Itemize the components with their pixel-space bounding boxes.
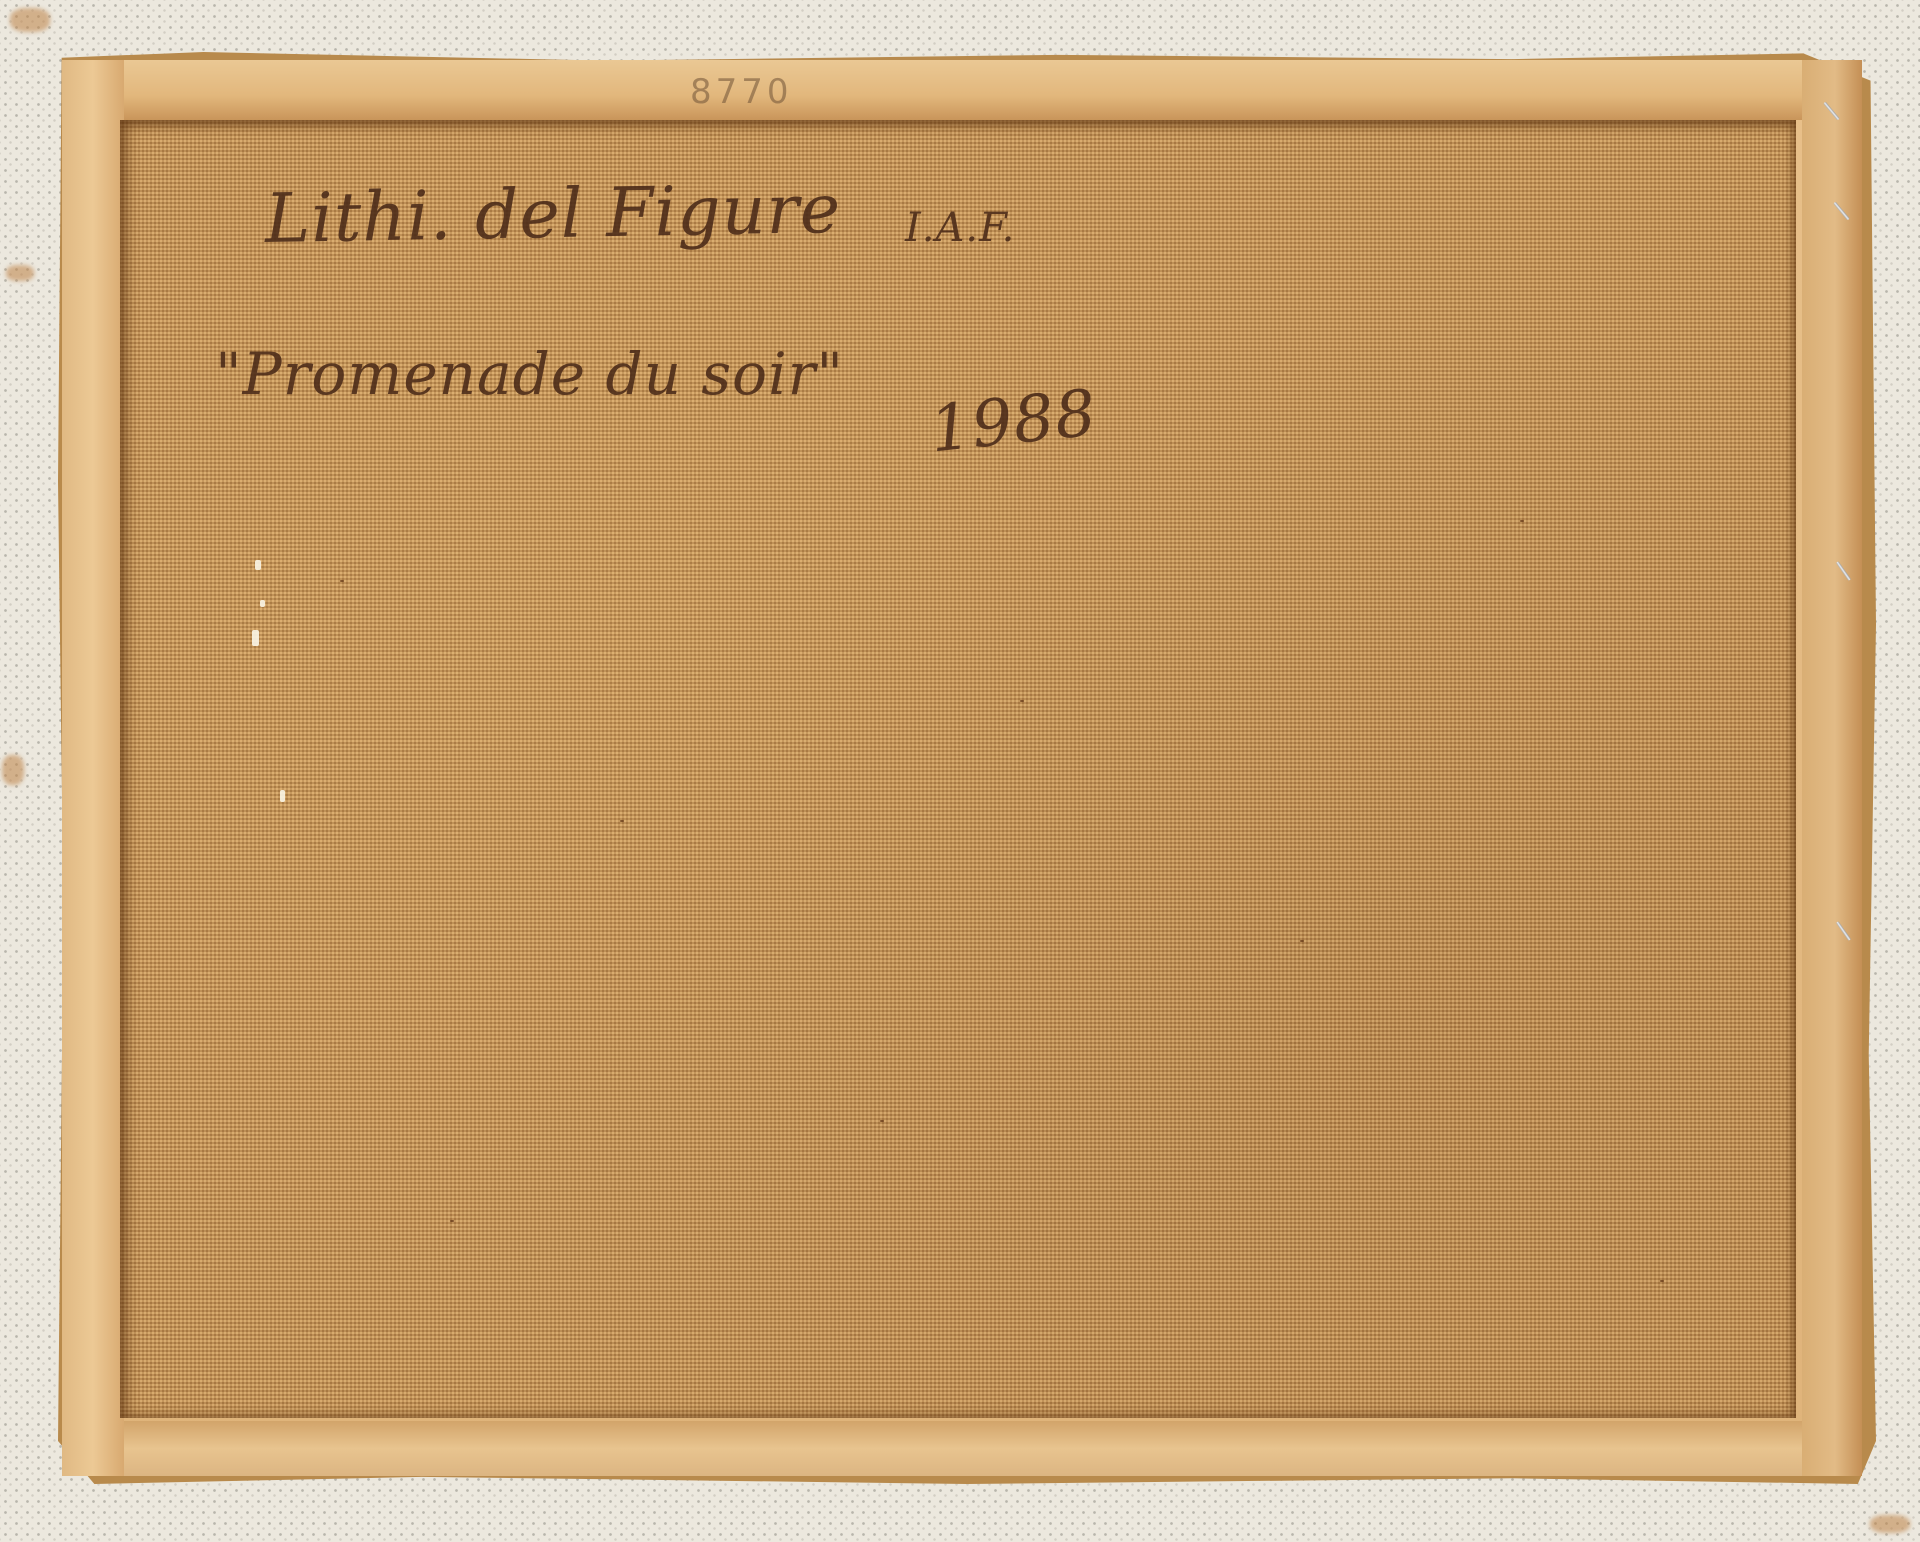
paint-fleck [252,630,259,646]
speck [450,1220,454,1222]
stretcher-bar-top [62,60,1862,120]
speck [1020,700,1024,702]
paint-fleck [280,790,285,802]
burlap-canvas-back [120,120,1796,1418]
society-initials: I.A.F. [905,205,1015,251]
stretcher-bar-bottom [62,1421,1862,1476]
stain [10,8,50,32]
speck [1660,1280,1664,1282]
paint-fleck [260,600,265,607]
speck [880,1120,884,1122]
painting-title: "Promenade du soir" [215,340,844,408]
inventory-number: 8770 [690,72,793,112]
stain [2,755,24,785]
speck [340,580,344,582]
stain [1870,1515,1910,1533]
stain [6,265,34,281]
artist-signature: Lithi. del Figure [264,170,841,259]
stretcher-bar-left [62,60,124,1476]
speck [1300,940,1304,942]
stretcher-bar-right [1802,60,1862,1476]
speck [620,820,624,822]
speck [1520,520,1524,522]
paint-fleck [255,560,261,570]
